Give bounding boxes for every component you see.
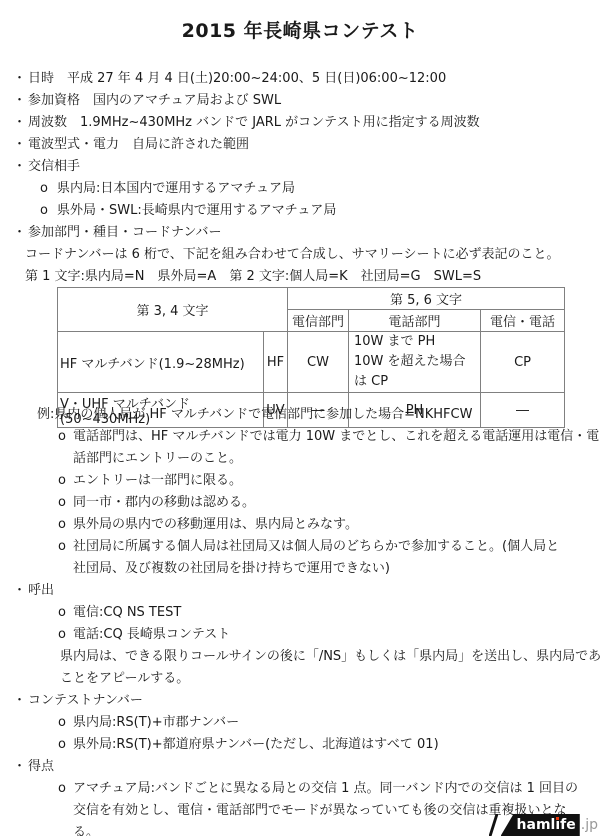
doc-line: o県内局:日本国内で運用するアマチュア局 [0,178,600,200]
doc-line: oアマチュア局:バンドごとに異なる局との交信 1 点。同一バンド内での交信は 1… [0,778,600,800]
logo-slash-icon [489,814,501,836]
table-header-chars56: 第 5, 6 文字 [288,288,565,310]
line-text: 電波型式・電力 自局に許された範囲 [28,137,249,152]
bullet: o [58,602,73,624]
table-row: HF マルチバンド(1.9~28MHz) HF CW 10W まで PH 10W… [58,332,565,393]
line-text: アマチュア局:バンドごとに異なる局との交信 1 点。同一バンド内での交信は 1 … [73,781,578,796]
bullet: ・ [13,756,28,778]
line-text: 県内局:RS(T)+市郡ナンバー [73,715,239,730]
bullet: o [58,426,73,448]
table-header-chars34: 第 3, 4 文字 [58,288,288,332]
line-text: 同一市・郡内の移動は認める。 [73,495,255,510]
bullet: o [58,778,73,800]
line-text: 県内局:日本国内で運用するアマチュア局 [57,181,295,196]
line-text: 県内局は、できる限りコールサインの後に「/NS」もしくは「県内局」を送出し、県内… [60,649,600,664]
bullet: o [58,492,73,514]
logo-red-dot-i: i [555,814,560,836]
line-text: 県外局・SWL:長崎県内で運用するアマチュア局 [57,203,336,218]
doc-line: ・電波型式・電力 自局に許された範囲 [0,134,600,156]
bullet: o [58,712,73,734]
bullet: ・ [13,580,28,602]
doc-line: ・得点 [0,756,600,778]
bullet: o [58,514,73,536]
doc-line: 例:県内の個人局が HF マルチバンドで電信部門に参加した場合=NKHFCW [0,404,600,426]
doc-line: ・参加部門・種目・コードナンバー [0,222,600,244]
logo-jp-suffix: .jp [581,814,600,836]
doc-line: 社団局、及び複数の社団局を掛け持ちで運用できない) [0,558,600,580]
doc-line: 県内局は、できる限りコールサインの後に「/NS」もしくは「県内局」を送出し、県内… [0,646,600,668]
line-text: る。 [73,825,99,836]
bullet: o [58,734,73,756]
bullet: o [58,624,73,646]
rules-bottom-section: 例:県内の個人局が HF マルチバンドで電信部門に参加した場合=NKHFCW o… [0,404,600,836]
hamlife-logo-text: hamlife [501,814,580,836]
bullet: ・ [13,134,28,156]
bullet: ・ [13,156,28,178]
doc-line: 第 1 文字:県内局=N 県外局=A 第 2 文字:個人局=K 社団局=G SW… [0,266,600,288]
doc-line: o社団局に所属する個人局は社団局又は個人局のどちらかで参加すること。(個人局と [0,536,600,558]
line-text: 電話:CQ 長崎県コンテスト [73,627,230,642]
doc-line: o電話:CQ 長崎県コンテスト [0,624,600,646]
line-text: 社団局に所属する個人局は社団局又は個人局のどちらかで参加すること。(個人局と [73,539,559,554]
doc-line: o県外局の県内での移動運用は、県内局とみなす。 [0,514,600,536]
bullet: o [40,178,57,200]
table-header-phone-section: 電話部門 [349,310,481,332]
bullet: ・ [13,690,28,712]
doc-line: o電話部門は、HF マルチバンドでは電力 10W までとし、これを超える電話運用… [0,426,600,448]
line-text: 日時 平成 27 年 4 月 4 日(土)20:00~24:00、5 日(日)0… [28,71,446,86]
bullet: ・ [13,68,28,90]
hamlife-logo: hamlife .jp [489,814,600,836]
doc-line: o電信:CQ NS TEST [0,602,600,624]
line-text: 交信相手 [28,159,80,174]
doc-line: o県外局:RS(T)+都道府県ナンバー(ただし、北海道はすべて 01) [0,734,600,756]
logo-text-part: haml [517,817,556,833]
line-text: 電話部門は、HF マルチバンドでは電力 10W までとし、これを超える電話運用は… [73,429,599,444]
line-text: 周波数 1.9MHz~430MHz バンドで JARL がコンテスト用に指定する… [28,115,480,130]
phone-code-line2: 10W を超えた場合は CP [354,352,478,392]
logo-text-part: fe [560,817,576,833]
doc-line: ことをアピールする。 [0,668,600,690]
cw-phone-code-cell: CP [481,332,565,393]
bullet: o [58,470,73,492]
line-text: 第 1 文字:県内局=N 県外局=A 第 2 文字:個人局=K 社団局=G SW… [25,269,481,284]
line-text: エントリーは一部門に限る。 [73,473,242,488]
table-header-cw-phone-section: 電信・電話 [481,310,565,332]
line-text: ことをアピールする。 [60,671,189,686]
contest-rules-document: 2015 年長崎県コンテスト ・日時 平成 27 年 4 月 4 日(土)20:… [0,0,600,836]
bullet: ・ [13,222,28,244]
doc-line: 話部門にエントリーのこと。 [0,448,600,470]
bullet: ・ [13,112,28,134]
line-text: コードナンバーは 6 桁で、下記を組み合わせて合成し、サマリーシートに必ず表記の… [25,247,559,262]
phone-code-cell: 10W まで PH 10W を超えた場合は CP [349,332,481,393]
line-text: 参加資格 国内のアマチュア局および SWL [28,93,281,108]
doc-line: ・周波数 1.9MHz~430MHz バンドで JARL がコンテスト用に指定す… [0,112,600,134]
doc-line: o同一市・郡内の移動は認める。 [0,492,600,514]
cw-code-cell: CW [288,332,349,393]
doc-line: ・参加資格 国内のアマチュア局および SWL [0,90,600,112]
table-header-cw-section: 電信部門 [288,310,349,332]
line-text: 得点 [28,759,54,774]
doc-line: コードナンバーは 6 桁で、下記を組み合わせて合成し、サマリーシートに必ず表記の… [0,244,600,266]
doc-line: ・呼出 [0,580,600,602]
doc-line: o県内局:RS(T)+市郡ナンバー [0,712,600,734]
doc-line: o県外局・SWL:長崎県内で運用するアマチュア局 [0,200,600,222]
line-text: 県外局の県内での移動運用は、県内局とみなす。 [73,517,358,532]
doc-line: ・日時 平成 27 年 4 月 4 日(土)20:00~24:00、5 日(日)… [0,68,600,90]
line-text: 呼出 [28,583,54,598]
bullet: ・ [13,90,28,112]
band-name-cell: HF マルチバンド(1.9~28MHz) [58,332,264,393]
doc-line: ・コンテストナンバー [0,690,600,712]
line-text: 参加部門・種目・コードナンバー [28,225,221,240]
doc-line: oエントリーは一部門に限る。 [0,470,600,492]
line-text: 話部門にエントリーのこと。 [73,451,242,466]
line-text: 例:県内の個人局が HF マルチバンドで電信部門に参加した場合=NKHFCW [37,407,472,422]
doc-line: ・交信相手 [0,156,600,178]
bullet: o [40,200,57,222]
rules-top-section: ・日時 平成 27 年 4 月 4 日(土)20:00~24:00、5 日(日)… [0,68,600,288]
bullet: o [58,536,73,558]
line-text: コンテストナンバー [28,693,143,708]
band-code-cell: HF [264,332,288,393]
page-title: 2015 年長崎県コンテスト [0,16,600,43]
line-text: 社団局、及び複数の社団局を掛け持ちで運用できない) [73,561,390,576]
line-text: 電信:CQ NS TEST [73,605,181,620]
line-text: 県外局:RS(T)+都道府県ナンバー(ただし、北海道はすべて 01) [73,737,439,752]
phone-code-line1: 10W まで PH [354,332,478,352]
